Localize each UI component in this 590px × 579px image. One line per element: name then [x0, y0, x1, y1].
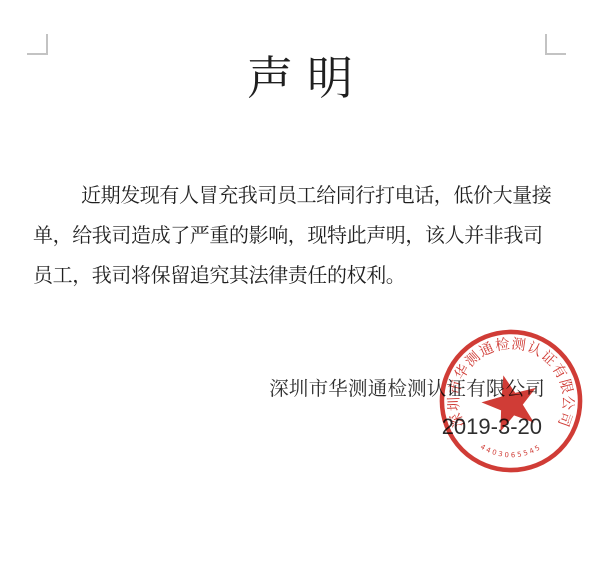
star-icon: [476, 368, 544, 434]
seal-serial-number: 4403065545: [479, 443, 543, 460]
document-page: 声明 近期发现有人冒充我司员工给同行打电话，低价大量接单，给我司造成了严重的影响…: [0, 0, 590, 579]
company-seal-stamp: 深圳市华测通检测认证有限公司 4403065545: [437, 327, 585, 475]
document-title: 声明: [0, 48, 590, 110]
statement-paragraph: 近期发现有人冒充我司员工给同行打电话，低价大量接单，给我司造成了严重的影响，现特…: [33, 176, 559, 296]
